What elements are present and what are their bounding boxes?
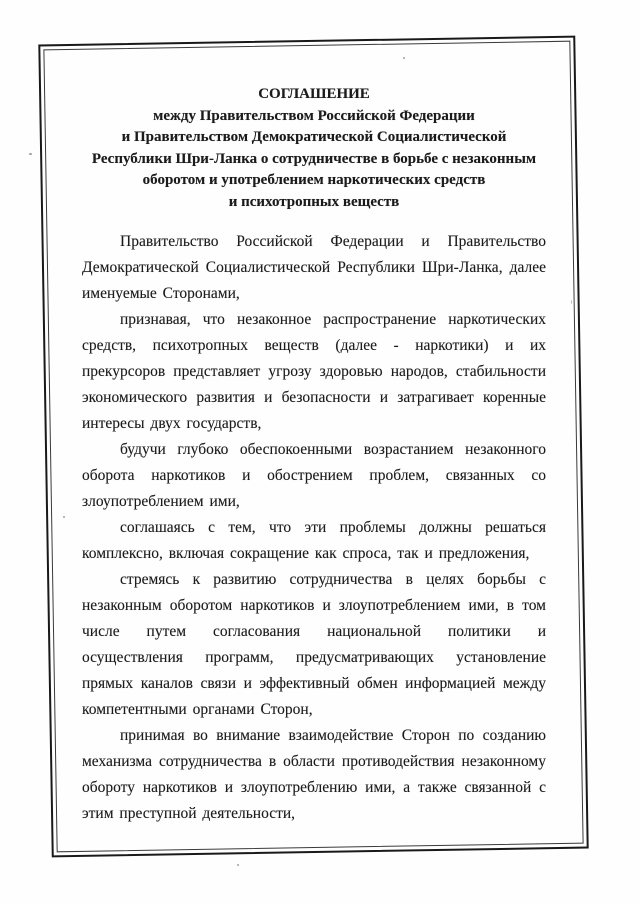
title-line: и психотропных веществ: [82, 192, 546, 214]
scan-speck: [63, 516, 65, 518]
scan-speck: [536, 843, 538, 844]
paragraph-agreeing: соглашаясь с тем, что эти проблемы должн…: [82, 515, 546, 567]
title-line: оборотом и употреблением наркотических с…: [82, 170, 546, 192]
scan-speck: [571, 300, 572, 304]
paragraph-concerned: будучи глубоко обеспокоенными возрастани…: [82, 437, 546, 515]
paragraph-striving: стремясь к развитию сотрудничества в цел…: [82, 567, 546, 723]
paragraph-parties: Правительство Российской Федерации и Пра…: [82, 229, 546, 307]
title-line: Республики Шри-Ланка о сотрудничестве в …: [82, 149, 546, 171]
document-content: СОГЛАШЕНИЕ между Правительством Российск…: [82, 84, 546, 827]
scanned-document-page: СОГЛАШЕНИЕ между Правительством Российск…: [0, 0, 640, 905]
scan-speck: [403, 57, 405, 59]
scan-speck: [237, 864, 239, 866]
title-line: между Правительством Российской Федераци…: [82, 106, 546, 128]
paragraph-taking-into-account: принимая во внимание взаимодействие Стор…: [82, 723, 546, 827]
title-line: и Правительством Демократической Социали…: [82, 127, 546, 149]
title-line-main: СОГЛАШЕНИЕ: [82, 84, 546, 106]
paragraph-recognizing: признавая, что незаконное распространени…: [82, 307, 546, 437]
document-title: СОГЛАШЕНИЕ между Правительством Российск…: [82, 84, 546, 213]
document-body: Правительство Российской Федерации и Пра…: [82, 229, 546, 827]
scan-speck: [29, 153, 32, 155]
